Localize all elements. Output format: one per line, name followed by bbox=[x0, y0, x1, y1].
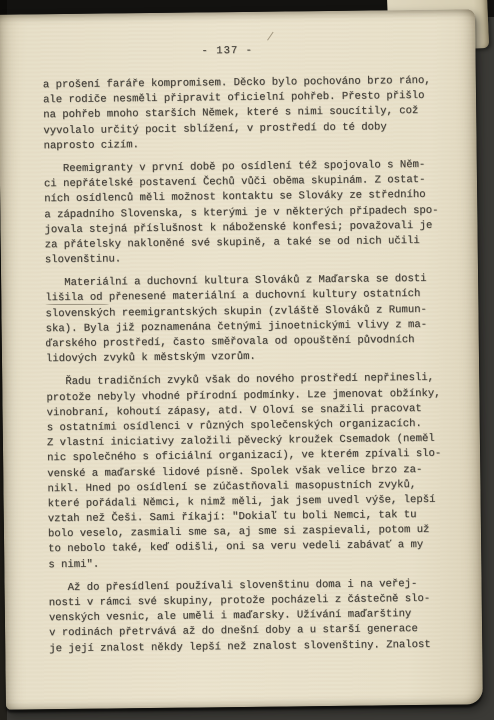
text-line: slovenštinu. bbox=[45, 249, 439, 269]
paragraph: Až do přesídlení používali slovenštinu d… bbox=[49, 577, 444, 657]
scan-background: - 137 - a prošení faráře kompromisem. Dě… bbox=[0, 0, 494, 720]
text-line: lidových zvyků k městským vzorům. bbox=[46, 348, 440, 368]
paragraph: a prošení faráře kompromisem. Děcko bylo… bbox=[43, 74, 438, 154]
document-page: - 137 - a prošení faráře kompromisem. Dě… bbox=[0, 9, 483, 709]
paragraph: Řadu tradičních zvyků však do nového pro… bbox=[46, 371, 442, 573]
page-number: - 137 - bbox=[201, 45, 253, 58]
page-text: a prošení faráře kompromisem. Děcko bylo… bbox=[43, 74, 444, 657]
paragraph: Reemigranty v první době po osídlení též… bbox=[44, 158, 439, 269]
paragraph: Materiální a duchovní kultura Slováků z … bbox=[45, 272, 440, 368]
scratch-mark bbox=[267, 32, 273, 41]
